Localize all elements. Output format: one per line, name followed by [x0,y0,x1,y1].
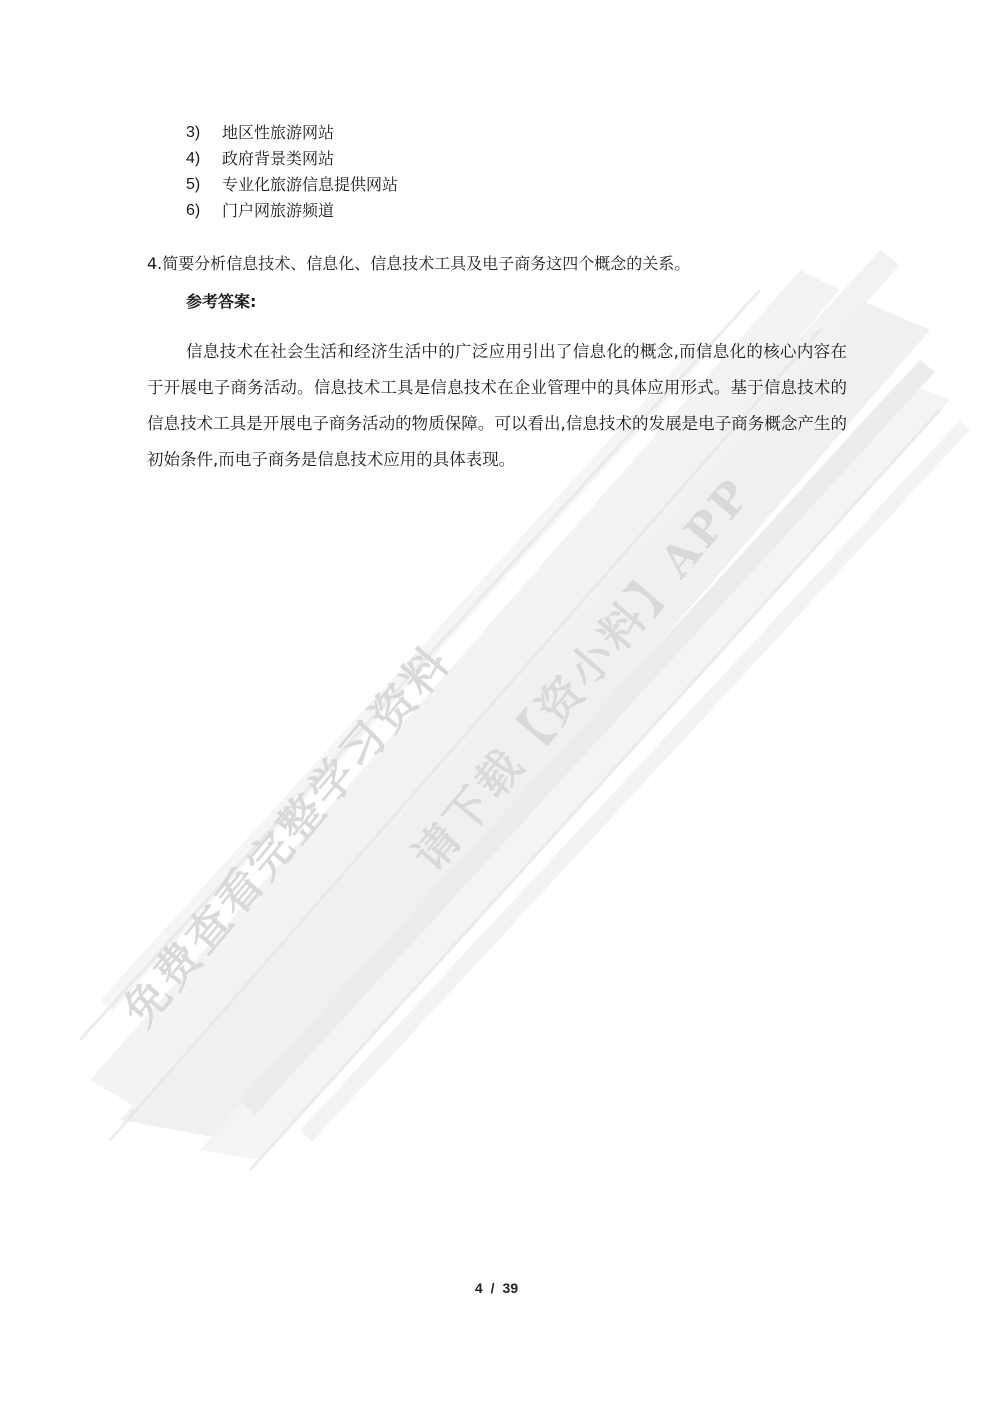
list-item: 5) 专业化旅游信息提供网站 [186,172,398,198]
current-page-number: 4 [475,1280,483,1296]
list-item-text: 门户网旅游频道 [222,198,334,224]
list-item: 3) 地区性旅游网站 [186,120,398,146]
list-item: 6) 门户网旅游频道 [186,198,398,224]
list-item-text: 地区性旅游网站 [222,120,334,146]
page-separator: / [491,1280,495,1296]
total-page-count: 39 [503,1280,519,1296]
question-4: 4.简要分析信息技术、信息化、信息技术工具及电子商务这四个概念的关系。 [147,252,690,276]
page-number-footer: 4/39 [0,1280,993,1296]
document-content: 3) 地区性旅游网站 4) 政府背景类网站 5) 专业化旅游信息提供网站 6) … [0,0,993,1404]
list-item-number: 3) [186,120,222,146]
list-item: 4) 政府背景类网站 [186,146,398,172]
document-page: 免费查看完整学习资料 请下载【资小料】APP 3) 地区性旅游网站 4) 政府背… [0,0,993,1404]
answer-paragraph: 信息技术在社会生活和经济生活中的广泛应用引出了信息化的概念,而信息化的核心内容在… [147,334,847,478]
answer-heading: 参考答案: [186,290,256,314]
list-item-text: 政府背景类网站 [222,146,334,172]
list-item-number: 4) [186,146,222,172]
website-type-list: 3) 地区性旅游网站 4) 政府背景类网站 5) 专业化旅游信息提供网站 6) … [186,120,398,224]
list-item-text: 专业化旅游信息提供网站 [222,172,398,198]
list-item-number: 6) [186,198,222,224]
list-item-number: 5) [186,172,222,198]
